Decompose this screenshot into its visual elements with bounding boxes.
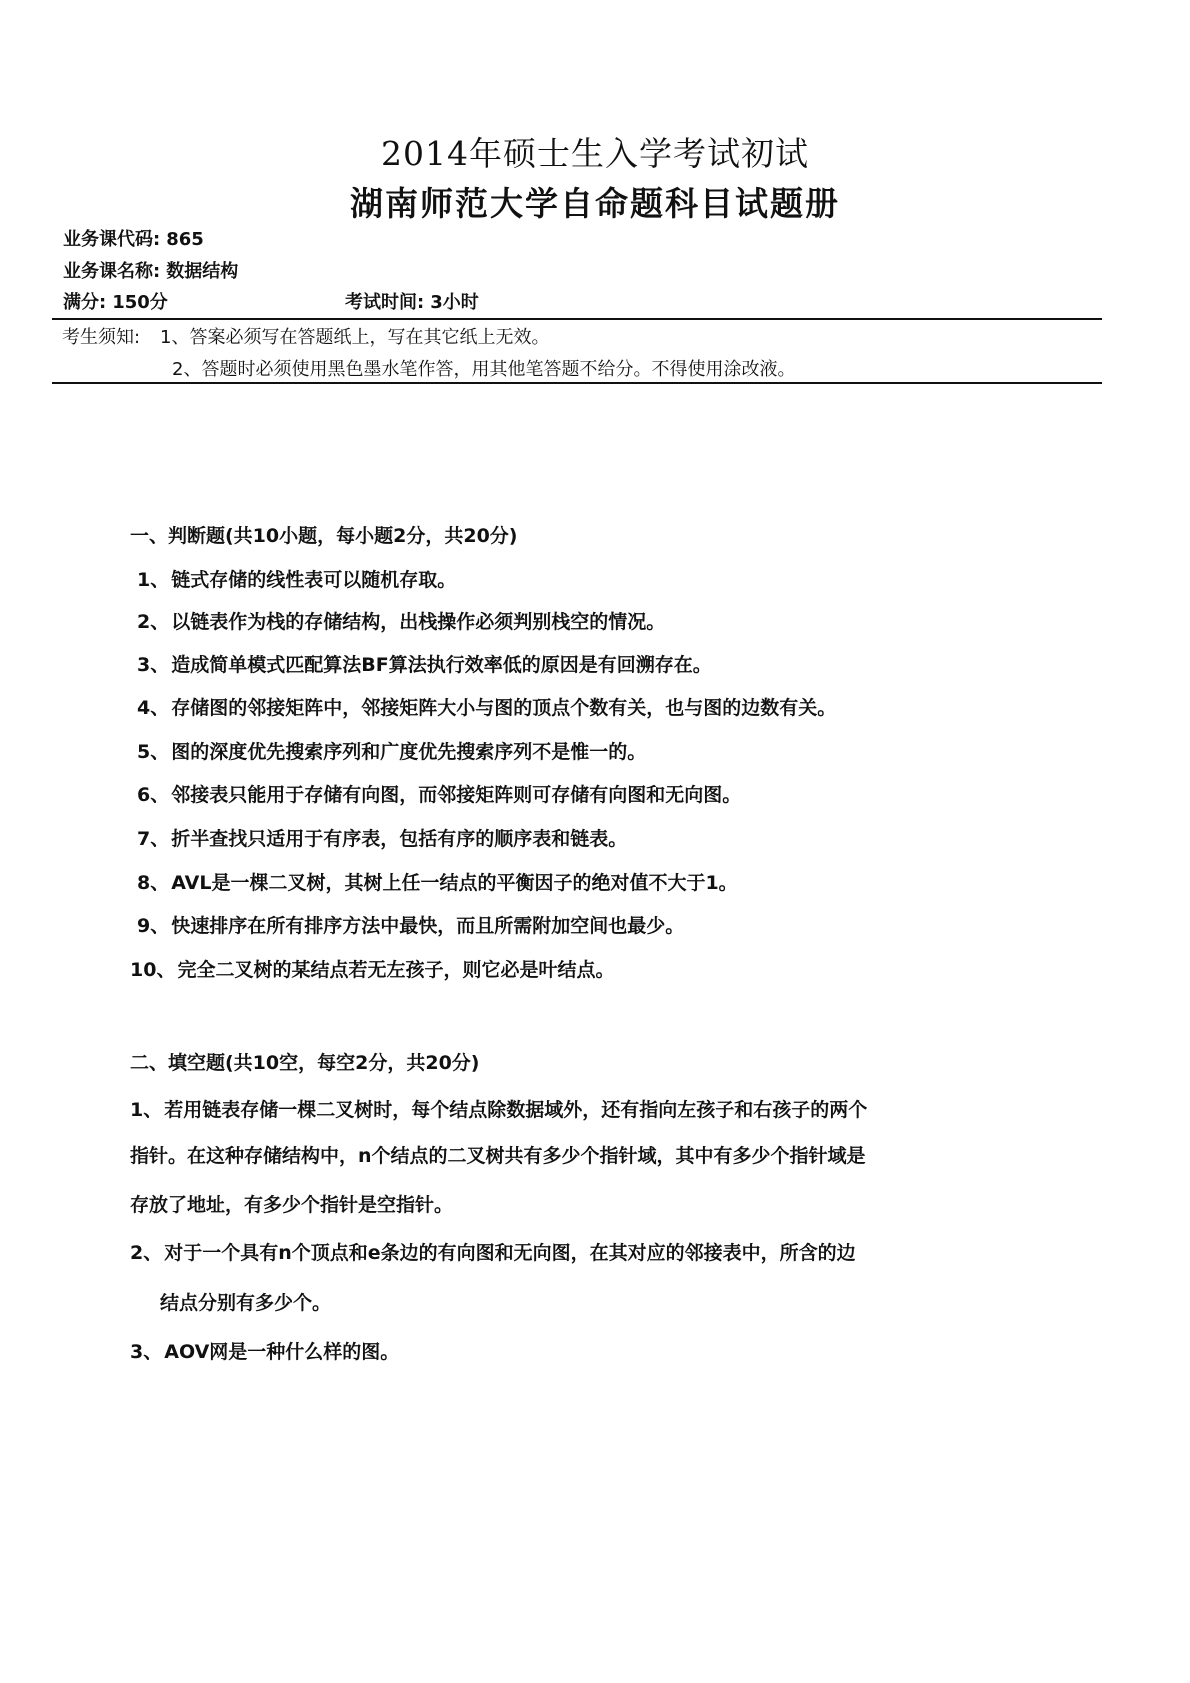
tf-question-4: 4、存储图的邻接矩阵中，邻接矩阵大小与图的顶点个数有关，也与图的边数有关。 — [137, 693, 836, 720]
divider-bottom — [52, 382, 1102, 384]
divider-top — [52, 318, 1102, 320]
tf-question-2: 2、以链表作为栈的存储结构，出栈操作必须判别栈空的情况。 — [137, 607, 665, 634]
exam-time-row: 考试时间:3小时 — [345, 288, 479, 314]
tf-question-7: 7、折半查找只适用于有序表，包括有序的顺序表和链表。 — [137, 824, 627, 851]
notice-label: 考生须知: — [62, 323, 140, 349]
tf-question-1: 1、链式存储的线性表可以随机存取。 — [137, 565, 456, 592]
fill-question-1-line-2: 指针。在这种存储结构中，n个结点的二叉树共有多少个指针域，其中有多少个指针域是 — [130, 1141, 866, 1168]
fill-question-2-line-1: 2、对于一个具有n个顶点和e条边的有向图和无向图，在其对应的邻接表中，所含的边 — [130, 1238, 856, 1265]
fill-question-1-line-1: 1、若用链表存储一棵二叉树时，每个结点除数据域外，还有指向左孩子和右孩子的两个 — [130, 1095, 867, 1122]
fill-question-1-line-3: 存放了地址，有多少个指针是空指针。 — [130, 1190, 453, 1217]
fill-question-3: 3、AOV网是一种什么样的图。 — [130, 1337, 399, 1364]
course-code-value: 865 — [166, 229, 204, 250]
course-name-label: 业务课名称: — [63, 261, 160, 282]
tf-question-9: 9、快速排序在所有排序方法中最快，而且所需附加空间也最少。 — [137, 911, 684, 938]
course-name-row: 业务课名称:数据结构 — [63, 257, 238, 283]
tf-question-8: 8、AVL是一棵二叉树，其树上任一结点的平衡因子的绝对值不大于1。 — [137, 868, 738, 895]
tf-question-6: 6、邻接表只能用于存储有向图，而邻接矩阵则可存储有向图和无向图。 — [137, 780, 741, 807]
full-score-value: 150分 — [112, 292, 168, 313]
exam-time-value: 3小时 — [430, 292, 479, 313]
course-name-value: 数据结构 — [166, 261, 238, 282]
section-2-heading: 二、填空题(共10空，每空2分，共20分) — [130, 1048, 479, 1075]
tf-question-5: 5、图的深度优先搜索序列和广度优先搜索序列不是惟一的。 — [137, 737, 646, 764]
exam-page: 2014年硕士生入学考试初试 湖南师范大学自命题科目试题册 业务课代码:865 … — [0, 0, 1190, 1683]
title-line-2: 湖南师范大学自命题科目试题册 — [0, 178, 1190, 225]
full-score-label: 满分: — [63, 292, 106, 313]
course-code-label: 业务课代码: — [63, 229, 160, 250]
title-line-1: 2014年硕士生入学考试初试 — [0, 128, 1190, 175]
notice-item-2: 2、答题时必须使用黑色墨水笔作答，用其他笔答题不给分。不得使用涂改液。 — [172, 355, 795, 381]
notice-item-1: 1、答案必须写在答题纸上，写在其它纸上无效。 — [160, 323, 549, 349]
course-code-row: 业务课代码:865 — [63, 225, 204, 251]
score-row: 满分:150分 — [63, 288, 168, 314]
tf-question-3: 3、造成简单模式匹配算法BF算法执行效率低的原因是有回溯存在。 — [137, 650, 712, 677]
fill-question-2-line-2: 结点分别有多少个。 — [160, 1288, 331, 1315]
tf-question-10: 10、完全二叉树的某结点若无左孩子，则它必是叶结点。 — [130, 955, 614, 982]
exam-time-label: 考试时间: — [345, 292, 424, 313]
section-1-heading: 一、判断题(共10小题，每小题2分，共20分) — [130, 521, 517, 548]
